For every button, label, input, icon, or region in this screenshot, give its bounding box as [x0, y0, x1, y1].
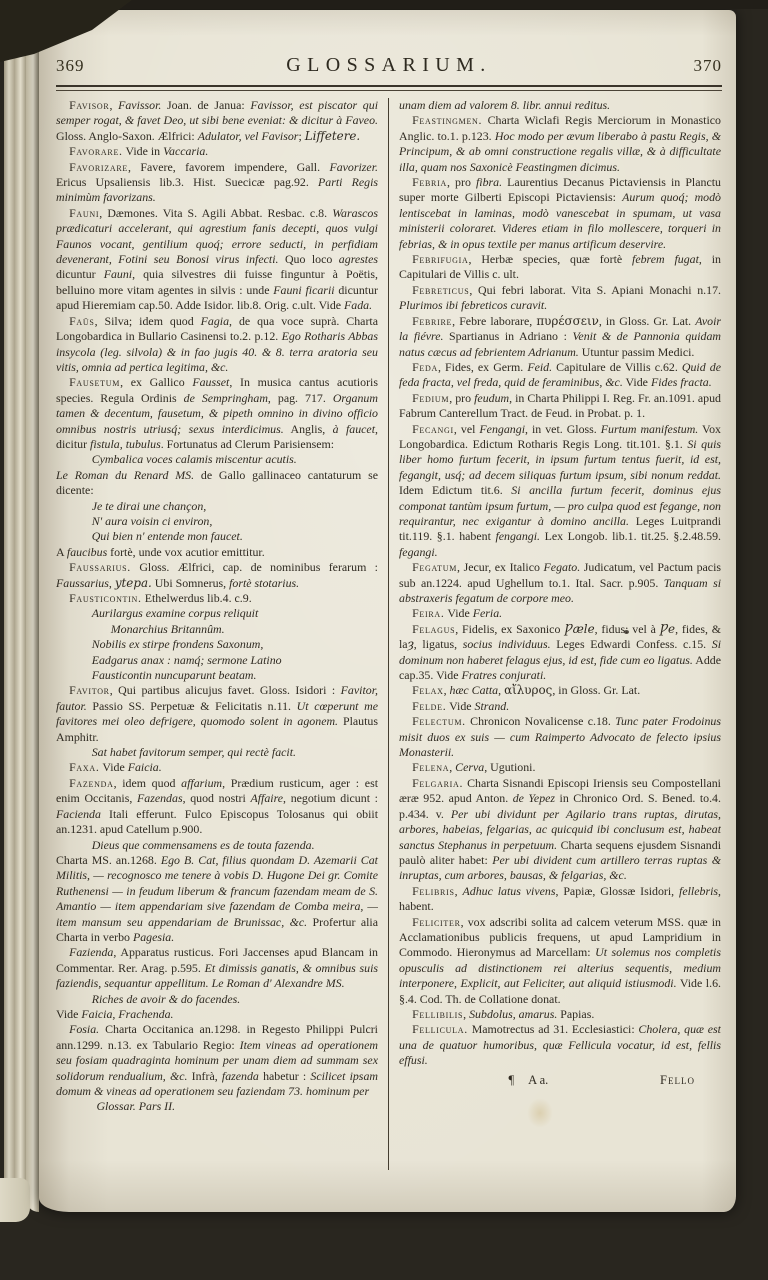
- text-segment: Faicia.: [128, 760, 162, 774]
- text-segment: Cymbalica voces calamis miscentur acutis…: [92, 452, 297, 466]
- glossary-paragraph: Dieus que commensamens es de touta fazen…: [92, 838, 378, 853]
- text-segment: , Fidelis, ex Saxonico: [455, 622, 564, 636]
- entry-headword: Febrifugia: [412, 252, 468, 266]
- text-segment: ,: [455, 884, 463, 898]
- glossary-paragraph: unam diem ad valorem 8. libr. annui redi…: [399, 98, 721, 113]
- glossary-entry: Felectum. Chronicon Novalicense c.18. Tu…: [399, 714, 721, 760]
- entry-headword: Felena: [412, 760, 449, 774]
- entry-headword: Faūs: [69, 314, 94, 328]
- text-segment: Fausset: [192, 375, 229, 389]
- glossary-paragraph: Vide Faicia, Frachenda.: [56, 1007, 378, 1022]
- text-segment: Lex Longob. lib.1. tit.25. §.2.48.59.: [540, 529, 721, 543]
- entry-headword: Fecangi: [412, 422, 454, 436]
- entry-headword: Feda: [412, 360, 438, 374]
- glossary-entry: Fedium, pro feudum, in Charta Philippi I…: [399, 391, 721, 422]
- text-segment: fengangi.: [495, 529, 540, 543]
- page-header: 369 GLOSSARIUM. 370: [56, 54, 722, 84]
- signature-mark: A a.: [528, 1073, 548, 1088]
- text-segment: agrestes: [339, 252, 378, 266]
- text-segment: , Herbæ species, quæ fortè: [469, 252, 633, 266]
- entry-headword: Favorizare: [69, 160, 128, 174]
- glossary-paragraph: Monarchius Britannûm.: [111, 622, 378, 637]
- text-segment: Glossar. Pars II.: [96, 1099, 175, 1113]
- text-segment: Vide: [446, 699, 474, 713]
- text-segment: habetur :: [259, 1069, 311, 1083]
- glossary-paragraph: Fausticontin nuncuparunt beatam.: [92, 668, 378, 683]
- text-segment: Ericus Upsaliensis lib.3. Hist. Suecicæ …: [56, 175, 318, 189]
- text-segment: Liffetere.: [305, 129, 360, 143]
- text-segment: Fausticontin nuncuparunt beatam.: [92, 668, 257, 682]
- page-title: GLOSSARIUM.: [126, 54, 652, 77]
- text-segment: αἴλυρος: [504, 683, 552, 697]
- entry-headword: Favisor: [69, 98, 109, 112]
- glossary-paragraph: Qui bien n' entende mon faucet.: [92, 529, 378, 544]
- entry-headword: Felectum.: [412, 714, 466, 728]
- text-segment: Joan. de Janua:: [161, 98, 250, 112]
- text-segment: , vel: [454, 422, 480, 436]
- text-segment: Ubi Somnerus,: [152, 576, 229, 590]
- text-segment: Spartianus in Adriano :: [443, 329, 572, 343]
- text-segment: Fosia.: [69, 1022, 99, 1036]
- glossary-paragraph: Fosia. Charta Occitanica an.1298. in Reg…: [56, 1022, 378, 1099]
- text-segment: Ƿe: [660, 622, 675, 636]
- entry-headword: Fausetum: [69, 375, 120, 389]
- entry-headword: Favitor: [69, 683, 110, 697]
- entry-headword: Felgaria.: [412, 776, 463, 790]
- text-segment: Subdolus, amarus.: [469, 1007, 557, 1021]
- text-segment: , ligatus,: [414, 637, 463, 651]
- glossary-entry: Feliciter, vox adscribi solita ad calcem…: [399, 915, 721, 1007]
- text-segment: Fides fracta.: [651, 375, 712, 389]
- text-segment: Favissor.: [118, 98, 161, 112]
- text-segment: fortè, unde vox acutior emittitur.: [107, 545, 265, 559]
- text-segment: Charta MS. an.1268.: [56, 853, 161, 867]
- glossary-paragraph: Riches de avoir & do facendes.: [92, 992, 378, 1007]
- text-segment: Faicia, Frachenda.: [81, 1007, 173, 1021]
- text-segment: N' aura voisin ci environ,: [92, 514, 213, 528]
- entry-headword: Feira.: [412, 606, 445, 620]
- glossary-entry: Felax, hæc Catta, αἴλυρος, in Gloss. Gr.…: [399, 683, 721, 698]
- entry-headword: Fauni: [69, 206, 99, 220]
- page-edge-bottom-sliver: [0, 1178, 30, 1222]
- text-segment: Fada.: [344, 298, 372, 312]
- glossary-entry: Favorizare, Favere, favorem impendere, G…: [56, 160, 378, 206]
- text-segment: Gloss. Ælfrici, cap. de nominibus feraru…: [131, 560, 378, 574]
- text-segment: , idem quod: [114, 776, 182, 790]
- entry-headword: Felde.: [412, 699, 446, 713]
- text-segment: Dieus que commensamens es de touta fazen…: [92, 838, 315, 852]
- text-segment: hæc Catta: [450, 683, 499, 697]
- text-segment: , in Gloss. Gr. Lat.: [599, 314, 695, 328]
- text-segment: , Papiæ, Glossæ Isidori,: [555, 884, 679, 898]
- glossary-entry: Fausetum, ex Gallico Fausset, In musica …: [56, 375, 378, 452]
- glossary-entry: Fauni, Dæmones. Vita S. Agili Abbat. Res…: [56, 206, 378, 314]
- text-segment: Fazienda: [69, 945, 113, 959]
- text-segment: Monarchius Britannûm.: [111, 622, 225, 636]
- text-segment: Furtum manifestum.: [601, 422, 698, 436]
- text-segment: Vide: [56, 1007, 81, 1021]
- glossary-paragraph: A faucibus fortè, unde vox acutior emitt…: [56, 545, 378, 560]
- entry-headword: Faussarius.: [69, 560, 131, 574]
- entry-headword: Fellibilis: [412, 1007, 463, 1021]
- spacer: [399, 1073, 508, 1088]
- text-segment: , pro: [449, 391, 474, 405]
- glossary-entry: Felgaria. Charta Sisnandi Episcopi Irien…: [399, 776, 721, 884]
- text-segment: feudum: [474, 391, 509, 405]
- text-segment: Capitulare de Villis c.62.: [552, 360, 682, 374]
- text-segment: , in vet. Gloss.: [525, 422, 601, 436]
- text-segment: , pag. 717.: [268, 391, 333, 405]
- text-segment: Qui bien n' entende mon faucet.: [92, 529, 243, 543]
- entry-headword: Fegatum: [412, 560, 457, 574]
- text-segment: Anglis,: [284, 422, 333, 436]
- text-segment: πυρέσσειν: [536, 314, 598, 328]
- text-segment: Utuntur passim Medici.: [579, 345, 695, 359]
- glossary-entry: Febria, pro fibra. Laurentius Decanus Pi…: [399, 175, 721, 252]
- page-edge-under-2: [15, 16, 26, 1208]
- text-segment: . Fortunatus ad Clerum Parisiensem:: [161, 437, 334, 451]
- glossary-entry: Favitor, Qui partibus alicujus favet. Gl…: [56, 683, 378, 745]
- text-segment: , pro: [447, 175, 476, 189]
- text-segment: faucibus: [67, 545, 107, 559]
- text-segment: Mamotrectus ad 31. Ecclesiastici:: [468, 1022, 639, 1036]
- page-edge-under-3: [26, 16, 39, 1212]
- text-segment: febrem fugat: [632, 252, 699, 266]
- text-segment: fellebris: [679, 884, 718, 898]
- entry-headword: Febreticus: [412, 283, 469, 297]
- page-content: 369 GLOSSARIUM. 370 Favisor, Favissor. J…: [56, 54, 722, 1170]
- right-page-number: 370: [652, 56, 722, 76]
- text-segment: Strand.: [475, 699, 510, 713]
- glossary-entry: Febreticus, Qui febri laborat. Vita S. A…: [399, 283, 721, 314]
- text-segment: , ex Gallico: [120, 375, 192, 389]
- entry-headword: Faxa.: [69, 760, 100, 774]
- glossary-entry: Fausticontin. Ethelwerdus lib.4. c.9.: [56, 591, 378, 606]
- text-segment: , Dæmones. Vita S. Agili Abbat. Resbac. …: [99, 206, 332, 220]
- glossary-entry: Faussarius. Gloss. Ælfrici, cap. de nomi…: [56, 560, 378, 591]
- text-segment: , negotium dicunt :: [283, 791, 378, 805]
- glossary-entry: Feda, Fides, ex Germ. Feid. Capitulare d…: [399, 360, 721, 391]
- page-edge-under-1: [4, 16, 15, 1202]
- gathering-signature: ¶A a.: [508, 1073, 592, 1088]
- entry-headword: Fellicula.: [412, 1022, 468, 1036]
- text-segment: Favorizer.: [329, 160, 378, 174]
- text-segment: Gloss. Anglo-Saxon. Ælfrici:: [56, 129, 198, 143]
- text-segment: Sat habet favitorum semper, qui rectè fa…: [92, 745, 296, 759]
- text-segment: Ƿæle: [564, 622, 594, 636]
- text-segment: , quod nostri: [183, 791, 251, 805]
- text-segment: Nobilis ex stirpe frondens Saxonum,: [92, 637, 264, 651]
- glossary-entry: Fellicula. Mamotrectus ad 31. Ecclesiast…: [399, 1022, 721, 1068]
- text-segment: fibra.: [476, 175, 502, 189]
- text-segment: socius individuus.: [463, 637, 551, 651]
- text-segment: Infrà,: [187, 1069, 221, 1083]
- entry-headword: Favorare.: [69, 144, 123, 158]
- pilcrow-mark: ¶: [508, 1073, 514, 1088]
- entry-headword: Febria: [412, 175, 447, 189]
- glossary-paragraph: N' aura voisin ci environ,: [92, 514, 378, 529]
- text-column-right: unam diem ad valorem 8. libr. annui redi…: [388, 98, 721, 1170]
- entry-headword: Fedium: [412, 391, 449, 405]
- text-segment: fistula, tubulus: [90, 437, 161, 451]
- glossary-entry: Febrifugia, Herbæ species, quæ fortè feb…: [399, 252, 721, 283]
- glossary-entry: Felena, Cerva, Ugutioni.: [399, 760, 721, 775]
- text-segment: Eadgarus anax : namq́; sermone Latino: [92, 653, 282, 667]
- text-segment: fazenda: [222, 1069, 259, 1083]
- text-segment: Cerva: [455, 760, 484, 774]
- glossary-entry: Felagus, Fidelis, ex Saxonico Ƿæle, fidu…: [399, 622, 721, 684]
- entry-headword: Feliciter: [412, 915, 461, 929]
- text-segment: unam diem ad valorem 8. libr. annui redi…: [399, 98, 610, 112]
- text-segment: Ethelwerdus lib.4. c.9.: [142, 591, 252, 605]
- book-scan-background: { "colors":{"paper":"#e8e4d5","ink":"#2f…: [0, 0, 768, 1280]
- text-segment: Je te dirai une chançon,: [92, 499, 207, 513]
- text-segment: Plurimos ibi febreticos curavit.: [399, 298, 547, 312]
- text-columns: Favisor, Favissor. Joan. de Janua: Favis…: [56, 98, 722, 1170]
- entry-headword: Felax: [412, 683, 444, 697]
- text-segment: Idem Edictum tit.6.: [399, 483, 511, 497]
- text-segment: , Qui febri laborat. Vita S. Apiani Mona…: [469, 283, 721, 297]
- text-segment: Feria.: [473, 606, 502, 620]
- glossary-paragraph: Je te dirai une chançon,: [92, 499, 378, 514]
- text-segment: , Silva; idem quod: [95, 314, 201, 328]
- text-segment: ytepa.: [115, 576, 152, 590]
- text-segment: Adhuc latus vivens: [463, 884, 556, 898]
- text-segment: Riches de avoir & do facendes.: [92, 992, 241, 1006]
- glossary-paragraph: Aurilargus examine corpus reliquit: [92, 606, 378, 621]
- glossary-entry: Faūs, Silva; idem quod Fagia, de qua voc…: [56, 314, 378, 376]
- glossary-paragraph: Nobilis ex stirpe frondens Saxonum,: [92, 637, 378, 652]
- text-segment: Faussarius: [56, 576, 109, 590]
- text-segment: Chronicon Novalicense c.18.: [466, 714, 615, 728]
- text-segment: de Sempringham: [184, 391, 268, 405]
- text-segment: Feid.: [527, 360, 552, 374]
- glossary-entry: Feira. Vide Feria.: [399, 606, 721, 621]
- catchword: Fello: [592, 1073, 721, 1088]
- glossary-entry: Fecangi, vel Fengangi, in vet. Gloss. Fu…: [399, 422, 721, 561]
- glossary-paragraph: Sat habet favitorum semper, qui rectè fa…: [92, 745, 378, 760]
- glossary-entry: Feastingmen. Charta Wiclafi Regis Mercio…: [399, 113, 721, 175]
- text-segment: Le Roman du Renard MS.: [56, 468, 194, 482]
- text-segment: , Favere, favorem impendere, Gall.: [128, 160, 329, 174]
- text-segment: Fengangi: [479, 422, 525, 436]
- text-segment: Vide: [623, 375, 651, 389]
- glossary-paragraph: Glossar. Pars II.: [96, 1099, 378, 1114]
- text-segment: Fegato.: [544, 560, 581, 574]
- text-segment: à faucet: [333, 422, 375, 436]
- entry-headword: Feastingmen.: [412, 113, 482, 127]
- text-segment: Pagesia.: [133, 930, 174, 944]
- text-segment: Passio SS. Perpetuæ & Felicitatis n.11.: [87, 699, 297, 713]
- glossary-entry: Febrire, Febre laborare, πυρέσσειν, in G…: [399, 314, 721, 360]
- glossary-paragraph: Cymbalica voces calamis miscentur acutis…: [92, 452, 378, 467]
- text-segment: Le Roman d' Alexandre MS.: [212, 976, 345, 990]
- glossary-paragraph: Le Roman du Renard MS. de Gallo gallinac…: [56, 468, 378, 499]
- glossary-entry: Favorare. Vide in Vaccaria.: [56, 144, 378, 159]
- text-segment: , Ugutioni.: [484, 760, 535, 774]
- text-segment: Leges Edwardi Confess. c.15.: [551, 637, 712, 651]
- glossary-paragraph: Fazienda, Apparatus rusticus. Fori Jacce…: [56, 945, 378, 991]
- text-segment: fortè stotarius.: [229, 576, 299, 590]
- text-segment: Adulator, vel Favisor: [198, 129, 299, 143]
- text-segment: dicuntur: [56, 267, 104, 281]
- text-segment: Papias.: [557, 1007, 594, 1021]
- entry-headword: Fazenda: [69, 776, 114, 790]
- text-segment: Quo loco: [278, 252, 338, 266]
- glossary-paragraph: Charta MS. an.1268. Ego B. Cat, filius q…: [56, 853, 378, 945]
- text-segment: Vide: [100, 760, 128, 774]
- left-page-number: 369: [56, 56, 126, 76]
- text-column-left: Favisor, Favissor. Joan. de Janua: Favis…: [56, 98, 388, 1170]
- text-segment: Vide: [445, 606, 473, 620]
- text-segment: de Yepez: [513, 791, 555, 805]
- text-segment: Fauni ficarii: [273, 283, 334, 297]
- text-segment: Fratres conjurati.: [461, 668, 546, 682]
- text-segment: , fidus: vel à: [595, 622, 660, 636]
- text-segment: Vide in: [123, 144, 163, 158]
- signature-line: ¶A a.Fello: [399, 1073, 721, 1088]
- text-segment: Aurilargus examine corpus reliquit: [92, 606, 259, 620]
- glossary-entry: Felibris, Adhuc latus vivens, Papiæ, Glo…: [399, 884, 721, 915]
- text-segment: ,: [109, 98, 118, 112]
- text-segment: A: [56, 545, 67, 559]
- text-segment: Vaccaria.: [163, 144, 208, 158]
- text-segment: Affaire: [250, 791, 283, 805]
- glossary-entry: Felde. Vide Strand.: [399, 699, 721, 714]
- text-segment: Fazendas: [137, 791, 183, 805]
- text-segment: , Febre laborare,: [452, 314, 536, 328]
- header-rule: [56, 85, 722, 91]
- entry-headword: Fausticontin.: [69, 591, 142, 605]
- glossary-entry: Fellibilis, Subdolus, amarus. Papias.: [399, 1007, 721, 1022]
- text-segment: Itali efferunt. Fulco Episcopus Tolosanu…: [56, 807, 378, 836]
- glossary-paragraph: Eadgarus anax : namq́; sermone Latino: [92, 653, 378, 668]
- glossary-entry: Fegatum, Jecur, ex Italico Fegato. Judic…: [399, 560, 721, 606]
- entry-headword: Felagus: [412, 622, 455, 636]
- text-segment: , Fides, ex Germ.: [438, 360, 527, 374]
- text-segment: Fagia: [201, 314, 229, 328]
- glossary-entry: Faxa. Vide Faicia.: [56, 760, 378, 775]
- text-segment: Facienda: [56, 807, 101, 821]
- text-segment: , Qui partibus alicujus favet. Gloss. Is…: [110, 683, 341, 697]
- glossary-entry: Favisor, Favissor. Joan. de Janua: Favis…: [56, 98, 378, 144]
- glossary-entry: Fazenda, idem quod affarium, Prædium rus…: [56, 776, 378, 838]
- entry-headword: Felibris: [412, 884, 455, 898]
- text-segment: , in Gloss. Gr. Lat.: [552, 683, 640, 697]
- text-segment: Fauni: [104, 267, 132, 281]
- text-segment: affarium: [181, 776, 222, 790]
- entry-headword: Febrire: [412, 314, 452, 328]
- text-segment: fegangi.: [399, 545, 438, 559]
- scanned-page: 369 GLOSSARIUM. 370 Favisor, Favissor. J…: [39, 10, 736, 1212]
- text-segment: , Jecur, ex Italico: [457, 560, 544, 574]
